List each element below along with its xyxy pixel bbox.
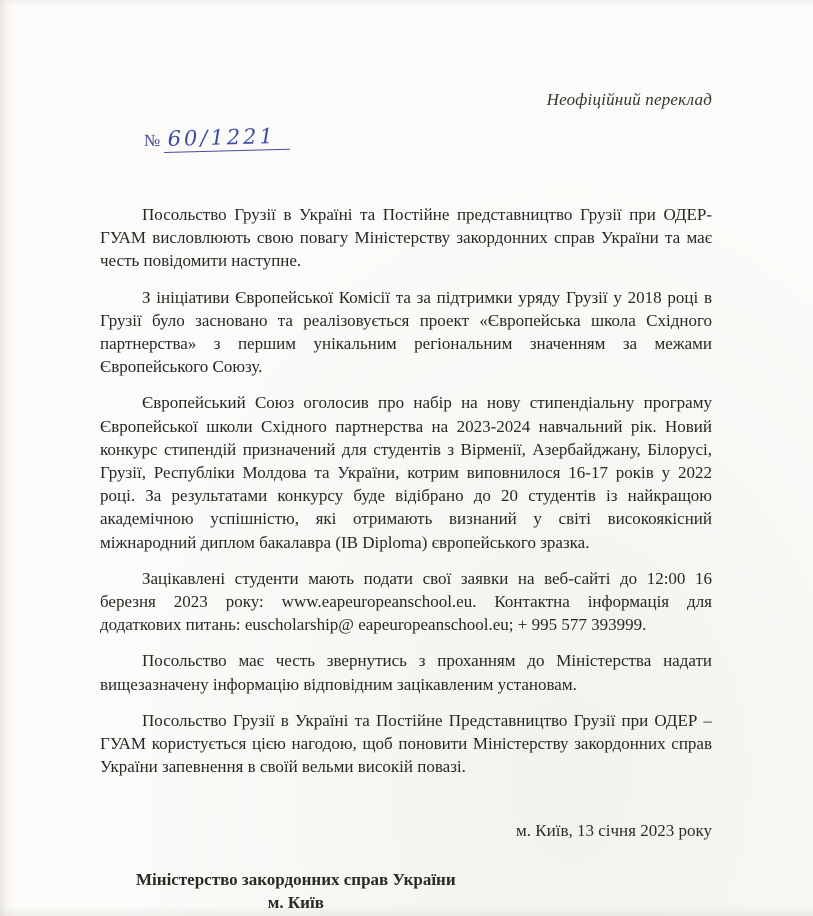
letter-paragraph-3: Європейський Союз оголосив про набір на … [100, 391, 712, 553]
addressee-city: м. Київ [136, 891, 456, 914]
reference-number-line: № 60/1221 [144, 127, 712, 161]
addressee-ministry: Міністерство закордонних справ України [136, 870, 456, 889]
place-and-date: м. Київ, 13 січня 2023 року [100, 821, 712, 841]
letter-paragraph-5: Посольство має честь звернутись з прохан… [100, 649, 712, 695]
letter-paragraph-2: З ініціативи Європейської Комісії та за … [100, 286, 712, 379]
addressee-block: Міністерство закордонних справ України м… [136, 868, 456, 914]
reference-number-prefix: № [144, 131, 160, 150]
unofficial-translation-note: Неофіційний переклад [100, 90, 712, 110]
letter-paragraph-1: Посольство Грузії в Україні та Постійне … [100, 203, 712, 273]
letter-paragraph-6: Посольство Грузії в Україні та Постійне … [100, 709, 712, 779]
handwritten-reference-number: 60/1221 [164, 124, 291, 153]
letter-content: Неофіційний переклад № 60/1221 Посольств… [100, 0, 712, 914]
letter-paragraph-4: Зацікавлені студенти мають подати свої з… [100, 567, 712, 637]
scanned-letter-page: Неофіційний переклад № 60/1221 Посольств… [0, 0, 813, 916]
letter-body: Посольство Грузії в Україні та Постійне … [100, 203, 712, 778]
